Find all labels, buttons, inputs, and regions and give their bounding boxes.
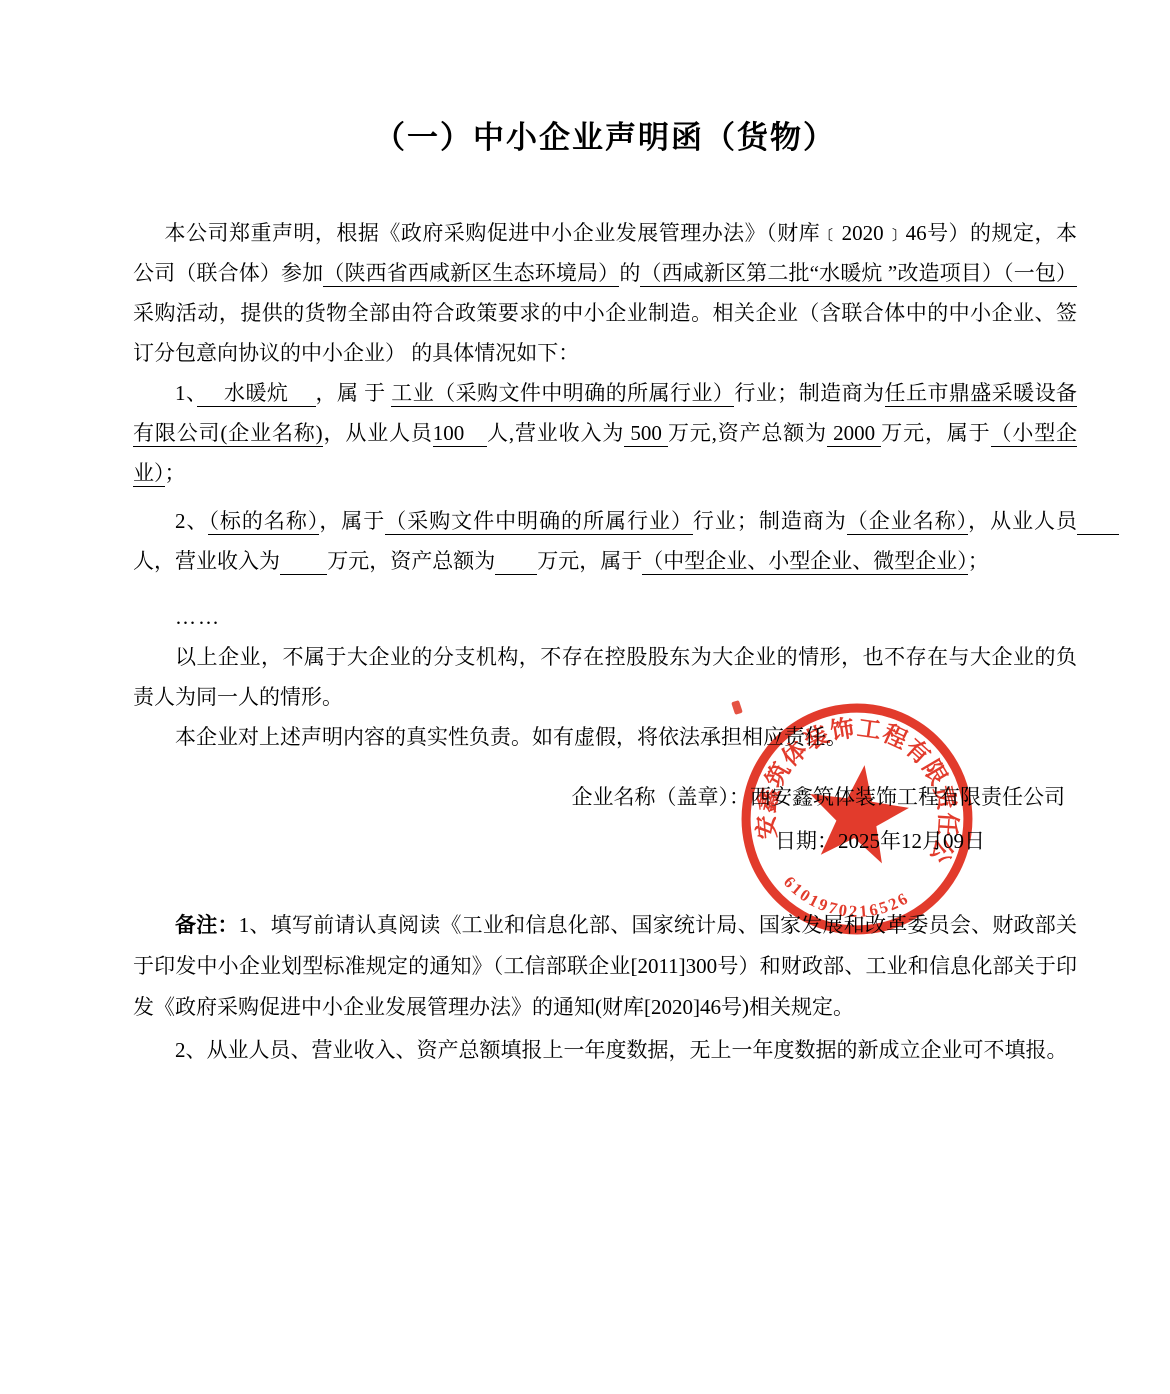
- underlined-field: 500: [624, 421, 668, 447]
- text-run: 人，营业收入为: [133, 549, 280, 573]
- signature-company-line: 企业名称（盖章）：西安鑫筑体装饰工程有限责任公司: [133, 777, 1077, 817]
- underlined-field: （企业名称）: [847, 509, 968, 535]
- underlined-field: [1077, 509, 1119, 535]
- text-run: ……: [175, 605, 221, 629]
- underlined-field: 工业（采购文件中明确的所属行业）: [391, 381, 734, 407]
- underlined-field: 2000: [827, 421, 881, 447]
- text-run: ，属于: [319, 509, 385, 533]
- paragraph-item-1: 1、 水暖炕 ，属 于 工业（采购文件中明确的所属行业）行业；制造商为任丘市鼎盛…: [133, 373, 1077, 493]
- note-2: 2、从业人员、营业收入、资产总额填报上一年度数据，无上一年度数据的新成立企业可不…: [133, 1030, 1077, 1071]
- underlined-field: 水暖炕: [197, 381, 316, 407]
- text-run: ，属 于: [316, 381, 392, 405]
- underlined-field: （标的名称）: [208, 509, 319, 535]
- text-run: 行业；制造商为: [693, 509, 847, 533]
- underlined-field: （陕西省西咸新区生态环境局）: [323, 261, 619, 287]
- text-run: 人,营业收入为: [487, 421, 624, 445]
- text-run: 2、: [175, 509, 208, 533]
- text-run: 本企业对上述声明内容的真实性负责。如有虚假，将依法承担相应责任。: [175, 725, 847, 749]
- text-run: ，从业人员: [968, 509, 1077, 533]
- underlined-field: 100: [433, 421, 487, 447]
- text-run: 采购活动，提供的货物全部由符合政策要求的中小企业制造。相关企业（含联合体中的中小…: [133, 301, 1077, 365]
- text-run: ；: [165, 461, 186, 485]
- text-run: 1、: [175, 381, 197, 405]
- text-run: ，从业人员: [323, 421, 433, 445]
- underlined-field: [280, 549, 327, 575]
- document-page: （一）中小企业声明函（货物） 本公司郑重声明，根据《政府采购促进中小企业发展管理…: [0, 0, 1170, 1394]
- underlined-field: （西咸新区第二批“水暖炕 ”改造项目）（一包）: [640, 261, 1077, 287]
- note-1: 备注：1、填写前请认真阅读《工业和信息化部、国家统计局、国家发展和改革委员会、财…: [133, 905, 1077, 1028]
- document-content: （一）中小企业声明函（货物） 本公司郑重声明，根据《政府采购促进中小企业发展管理…: [133, 0, 1077, 1071]
- page-title: （一）中小企业声明函（货物）: [133, 112, 1077, 157]
- paragraph-ellipsis: ……: [133, 597, 1077, 637]
- signature-date-line: 日期：2025年12月09日: [133, 821, 1077, 861]
- paragraph-item-2: 2、（标的名称），属于（采购文件中明确的所属行业）行业；制造商为（企业名称），从…: [133, 501, 1077, 581]
- text-run: 的: [619, 261, 640, 285]
- paragraph-declaration: 本公司郑重声明，根据《政府采购促进中小企业发展管理办法》（财库﹝2020﹞46号…: [133, 213, 1077, 373]
- paragraph-no-big-enterprise: 以上企业，不属于大企业的分支机构，不存在控股股东为大企业的情形，也不存在与大企业…: [133, 637, 1077, 717]
- text-run: 万元，属于: [881, 421, 990, 445]
- note-1-text: 1、填写前请认真阅读《工业和信息化部、国家统计局、国家发展和改革委员会、财政部关…: [133, 913, 1077, 1019]
- text-run: 以上企业，不属于大企业的分支机构，不存在控股股东为大企业的情形，也不存在与大企业…: [133, 645, 1077, 709]
- text-run: 万元，资产总额为: [327, 549, 495, 573]
- text-run: 万元,资产总额为: [668, 421, 827, 445]
- paragraph-responsibility: 本企业对上述声明内容的真实性负责。如有虚假，将依法承担相应责任。: [133, 717, 1077, 757]
- notes-label: 备注：: [175, 913, 239, 937]
- text-run: ；: [968, 549, 989, 573]
- underlined-field: [495, 549, 537, 575]
- underlined-field: （采购文件中明确的所属行业）: [385, 509, 693, 535]
- notes-section: 备注：1、填写前请认真阅读《工业和信息化部、国家统计局、国家发展和改革委员会、财…: [133, 905, 1077, 1071]
- underlined-field: （中型企业、小型企业、微型企业）: [642, 549, 968, 575]
- text-run: 行业；制造商为: [734, 381, 884, 405]
- declaration-body: 本公司郑重声明，根据《政府采购促进中小企业发展管理办法》（财库﹝2020﹞46号…: [133, 213, 1077, 1071]
- text-run: 万元，属于: [537, 549, 642, 573]
